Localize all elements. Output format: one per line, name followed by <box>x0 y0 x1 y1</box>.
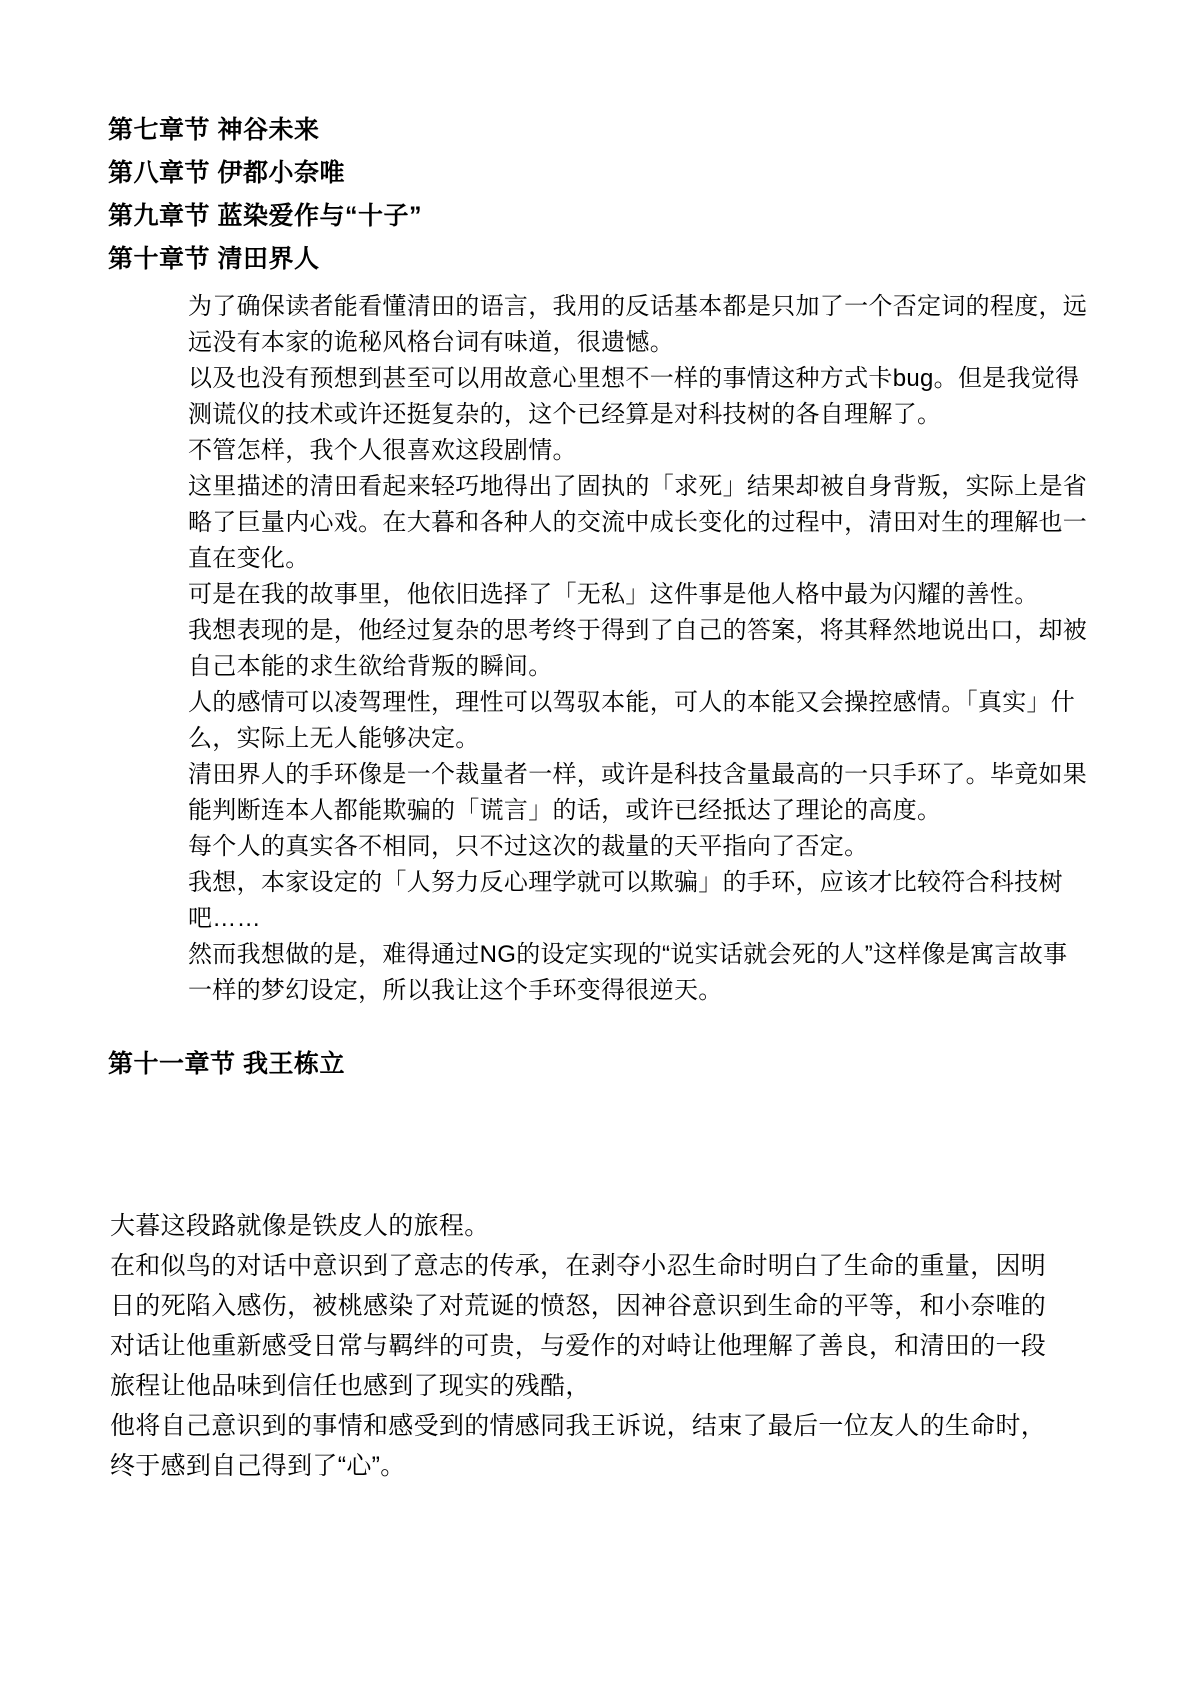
chapter-heading-9: 第九章节 蓝染爱作与“十子” <box>108 195 1150 238</box>
paragraph: 为了确保读者能看懂清田的语言，我用的反话基本都是只加了一个否定词的程度，远 远没… <box>188 289 1150 361</box>
paragraph: 以及也没有预想到甚至可以用故意心里想不一样的事情这种方式卡bug。但是我觉得 测… <box>188 361 1150 433</box>
paragraph: 大暮这段路就像是铁皮人的旅程。 <box>110 1206 1150 1246</box>
paragraph: 这里描述的清田看起来轻巧地得出了固执的「求死」结果却被自身背叛，实际上是省 略了… <box>188 469 1150 577</box>
chapter-heading-11: 第十一章节 我王栋立 <box>108 1043 1150 1086</box>
paragraph: 我想表现的是，他经过复杂的思考终于得到了自己的答案，将其释然地说出口，却被 自己… <box>188 613 1150 685</box>
paragraph: 不管怎样，我个人很喜欢这段剧情。 <box>188 433 1150 469</box>
chapter-heading-10: 第十章节 清田界人 <box>108 238 1150 281</box>
paragraph: 人的感情可以凌驾理性，理性可以驾驭本能，可人的本能又会操控感情。「真实」什 么，… <box>188 685 1150 757</box>
paragraph: 在和似鸟的对话中意识到了意志的传承，在剥夺小忍生命时明白了生命的重量，因明 日的… <box>110 1246 1150 1406</box>
paragraph: 然而我想做的是，难得通过NG的设定实现的“说实话就会死的人”这样像是寓言故事 一… <box>188 937 1150 1009</box>
paragraph: 他将自己意识到的事情和感受到的情感同我王诉说，结束了最后一位友人的生命时， 终于… <box>110 1406 1150 1486</box>
document-page: 第七章节 神谷未来 第八章节 伊都小奈唯 第九章节 蓝染爱作与“十子” 第十章节… <box>0 0 1190 1683</box>
paragraph: 可是在我的故事里，他依旧选择了「无私」这件事是他人格中最为闪耀的善性。 <box>188 577 1150 613</box>
paragraph: 我想，本家设定的「人努力反心理学就可以欺骗」的手环，应该才比较符合科技树 吧…… <box>188 865 1150 937</box>
ch10-commentary-block: 为了确保读者能看懂清田的语言，我用的反话基本都是只加了一个否定词的程度，远 远没… <box>188 289 1150 1009</box>
paragraph: 清田界人的手环像是一个裁量者一样，或许是科技含量最高的一只手环了。毕竟如果 能判… <box>188 757 1150 829</box>
chapter-heading-7: 第七章节 神谷未来 <box>108 109 1150 152</box>
paragraph: 每个人的真实各不相同，只不过这次的裁量的天平指向了否定。 <box>188 829 1150 865</box>
chapter-heading-8: 第八章节 伊都小奈唯 <box>108 152 1150 195</box>
ch11-commentary-block: 大暮这段路就像是铁皮人的旅程。 在和似鸟的对话中意识到了意志的传承，在剥夺小忍生… <box>110 1206 1150 1486</box>
